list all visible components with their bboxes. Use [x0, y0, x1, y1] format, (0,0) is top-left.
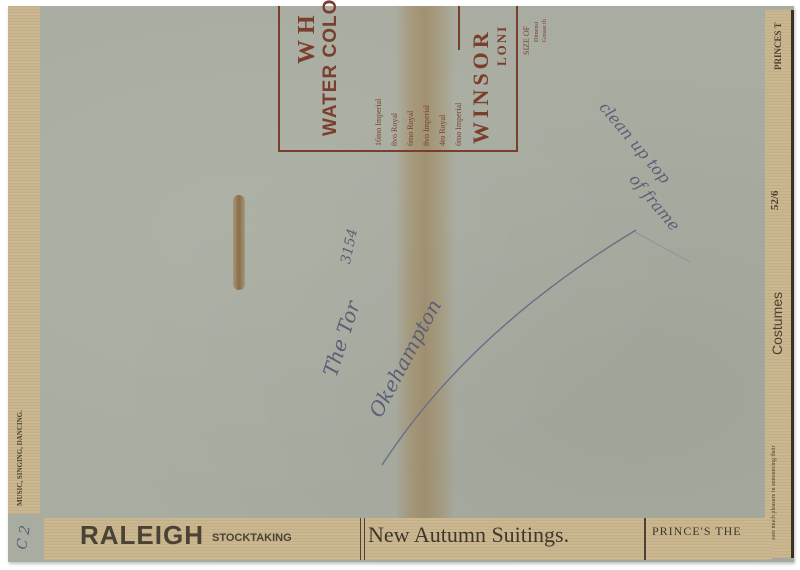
newspaper-raleigh: RALEIGH [80, 520, 204, 551]
newspaper-text: MUSIC, SINGING, DANCING. [16, 410, 24, 506]
newspaper-autumn-suitings: New Autumn Suitings. [368, 522, 569, 548]
newspaper-tape-left: MUSIC, SINGING, DANCING. [8, 6, 40, 514]
newspaper-princes: PRINCE'S THE [652, 524, 742, 539]
newspaper-stocktaking: STOCKTAKING [212, 532, 292, 544]
column-rule [360, 518, 365, 560]
newspaper-price: 52/6 [769, 190, 781, 210]
pencil-curve [0, 0, 800, 570]
newspaper-tape-bottom: RALEIGH STOCKTAKING New Autumn Suitings.… [44, 518, 772, 560]
newspaper-tape-right: PRINCES T Costumes 52/6 sure much pleasu… [765, 10, 794, 558]
newspaper-costumes: Costumes [769, 292, 785, 355]
column-rule [644, 518, 646, 560]
newspaper-text: PRINCES T [773, 22, 783, 70]
